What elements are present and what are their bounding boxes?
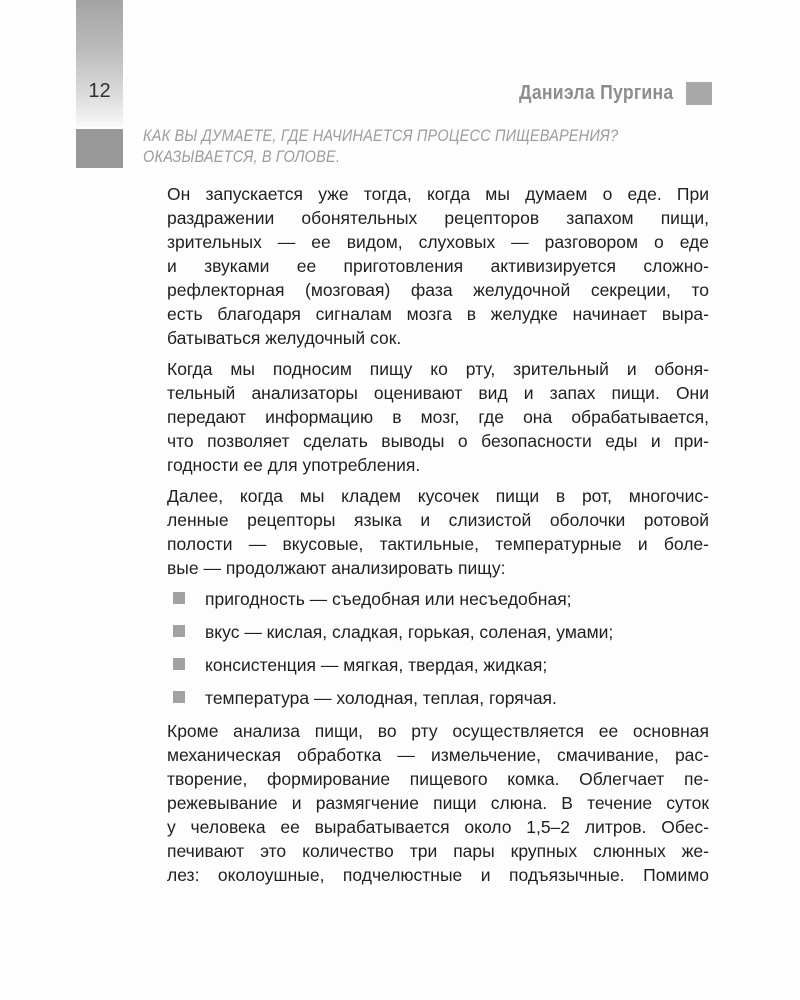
bullet-list: пригодность — съедобная или несъедобная;…: [167, 587, 709, 710]
list-item: вкус — кислая, сладкая, горькая, соленая…: [167, 620, 709, 644]
text-line: Когда мы подносим пищу ко рту, зрительны…: [167, 357, 709, 381]
text-line: у человека ее вырабатывается около 1,5–2…: [167, 815, 709, 839]
heading-line: КАК ВЫ ДУМАЕТЕ, ГДЕ НАЧИНАЕТСЯ ПРОЦЕСС П…: [143, 126, 689, 147]
list-item: пригодность — съедобная или несъедобная;: [167, 587, 709, 611]
text-line: ленные рецепторы языка и слизистой оболо…: [167, 508, 709, 532]
text-line: тельный анализаторы оценивают вид и запа…: [167, 381, 709, 405]
paragraph: Он запускается уже тогда, когда мы думае…: [167, 182, 709, 350]
list-item-text: температура — холодная, теплая, горячая.: [205, 688, 557, 708]
text-line: творение, формирование пищевого комка. О…: [167, 767, 709, 791]
section-heading: КАК ВЫ ДУМАЕТЕ, ГДЕ НАЧИНАЕТСЯ ПРОЦЕСС П…: [143, 126, 689, 168]
text-line: передают информацию в мозг, где она обра…: [167, 405, 709, 429]
text-line: Он запускается уже тогда, когда мы думае…: [167, 182, 709, 206]
text-line: и звуками ее приготовления активизируетс…: [167, 254, 709, 278]
text-line: Далее, когда мы кладем кусочек пищи в ро…: [167, 484, 709, 508]
text-line: Кроме анализа пищи, во рту осуществляетс…: [167, 719, 709, 743]
book-page: 12 Даниэла Пургина КАК ВЫ ДУМАЕТЕ, ГДЕ Н…: [0, 0, 800, 1000]
list-item: консистенция — мягкая, твердая, жидкая;: [167, 653, 709, 677]
author-name: Даниэла Пургина: [519, 82, 673, 105]
text-line: режевывание и размягчение пищи слюна. В …: [167, 791, 709, 815]
running-header: Даниэла Пургина: [498, 80, 712, 106]
list-item-text: вкус — кислая, сладкая, горькая, соленая…: [205, 622, 613, 642]
bullet-square-icon: [173, 592, 185, 604]
text-line: рефлекторная (мозговая) фаза желудочной …: [167, 278, 709, 302]
bullet-square-icon: [173, 658, 185, 670]
text-line: лез: околоушные, подчелюстные и подъязыч…: [167, 863, 709, 887]
text-line: механическая обработка — измельчение, см…: [167, 743, 709, 767]
page-number: 12: [76, 81, 123, 101]
heading-line: ОКАЗЫВАЕТСЯ, В ГОЛОВЕ.: [143, 147, 689, 168]
text-line: раздражении обонятельных рецепторов запа…: [167, 206, 709, 230]
paragraph: Кроме анализа пищи, во рту осуществляетс…: [167, 719, 709, 887]
text-line: годности ее для употребления.: [167, 453, 709, 477]
list-item-text: консистенция — мягкая, твердая, жидкая;: [205, 655, 547, 675]
text-line: что позволяет сделать выводы о безопасно…: [167, 429, 709, 453]
paragraph: Когда мы подносим пищу ко рту, зрительны…: [167, 357, 709, 477]
text-line: вые — продолжают анализировать пищу:: [167, 556, 709, 580]
text-line: зрительных — ее видом, слуховых — разгов…: [167, 230, 709, 254]
bullet-square-icon: [173, 691, 185, 703]
body-text-column: Он запускается уже тогда, когда мы думае…: [167, 182, 709, 894]
text-line: есть благодаря сигналам мозга в желудке …: [167, 302, 709, 326]
paragraph: Далее, когда мы кладем кусочек пищи в ро…: [167, 484, 709, 580]
list-item: температура — холодная, теплая, горячая.: [167, 686, 709, 710]
bullet-square-icon: [173, 625, 185, 637]
text-line: полости — вкусовые, тактильные, температ…: [167, 532, 709, 556]
text-line: печивают это количество три пары крупных…: [167, 839, 709, 863]
list-item-text: пригодность — съедобная или несъедобная;: [205, 589, 572, 609]
text-line: батываться желудочный сок.: [167, 326, 709, 350]
header-gradient-bar: [76, 0, 123, 127]
header-ornament-square: [686, 82, 712, 105]
heading-marker-square: [76, 129, 123, 168]
